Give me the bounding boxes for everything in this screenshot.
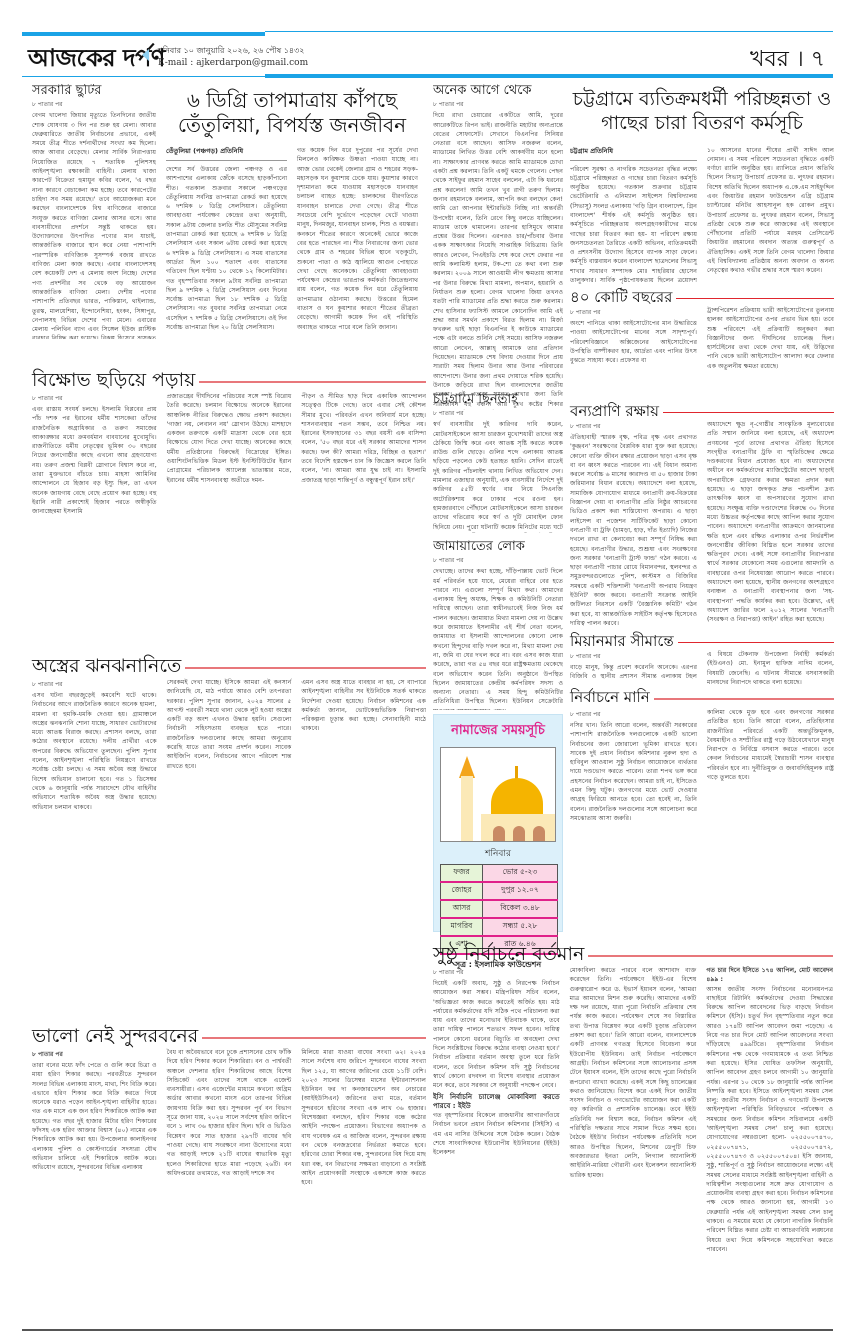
article-body-col2: মোকাবিলা করতে পারবে বলে আশাবাদ ব্যক্ত কর…: [570, 966, 697, 1180]
article-kicker: চট্টগ্রামে ছিনতাই: [433, 393, 563, 407]
article-body-col3: এমন এসব অস্ত্র যাতে ব্যবহার না হয়, সে ব…: [301, 678, 426, 734]
continued-ref: ৮ পাতার পর: [433, 408, 563, 419]
article-onek-age: অনেক আগে থেকে ৮ পাতার পর দিয়ে রাখা চেয়…: [433, 84, 563, 410]
prayer-name: ফজর: [441, 865, 483, 883]
article-astrer: ৮ পাতার পর এসব ঘটনা বছরজুড়েই কমবেশি ঘটে…: [32, 678, 426, 1010]
prayer-time: বিকেল ৩.৪৮: [482, 900, 557, 918]
heading-rule: [654, 698, 834, 700]
article-kicker: জামায়াতের লোক: [433, 540, 563, 554]
article-body: দিয়ে রাখা চেয়ারের একটিতে আমি, দূরের আর…: [433, 111, 563, 410]
minaret-top-icon: [459, 756, 475, 778]
article-kicker: সরকারি ছুটির: [32, 84, 156, 98]
article-kicker: অনেক আগে থেকে: [433, 84, 563, 98]
email-address: E-mail : ajkerdarpon@gmail.com: [158, 58, 308, 68]
article-nirbachone-mani: ৮ পাতার পর নসির খান। তিনি আরো বলেন, অন্ত…: [570, 708, 834, 934]
continued-ref: ৮ পাতার পর: [570, 709, 697, 720]
header-rule-top-left: [22, 32, 265, 36]
article-body-col2: অধ্যাদেশে ক্ষুদ্র নৃ-গোষ্ঠীর সাংস্কৃতিক …: [707, 420, 834, 625]
continued-ref: ৮ পাতার পর: [32, 99, 156, 110]
prayer-name: জোহর: [441, 882, 483, 900]
article-body: দেখাচ্ছে। তাদের কথা হচ্ছে, দাঁড়িপাল্লায…: [433, 567, 563, 710]
continued-ref: ৮ পাতার পর: [433, 555, 563, 566]
article-body-col1b: গত বৃহস্পতিবার বিকেলে রাজধানীর আগারগাঁওয…: [433, 1111, 560, 1157]
mosque-dome-icon: [491, 778, 543, 818]
article-chattogram: চট্টগ্রামে ব্যতিক্রমধর্মী পরিচ্ছন্নতা ও …: [570, 84, 834, 284]
table-row: আসরবিকেল ৩.৪৮: [441, 900, 558, 918]
article-byline: চট্টগ্রাম প্রতিনিধি: [570, 146, 697, 161]
article-body-col2: এ বিষয়ে টেকনাফ উপজেলা নির্বাহী কর্মকর্ত…: [707, 650, 834, 684]
article-body: বেগম খালেদা জিয়ার মৃত্যুতে তিনদিনের জাত…: [32, 111, 156, 339]
article-body-col2: ট্রান্সপিরেশন প্রক্রিয়ায় ভারী আইসোটোপে…: [707, 306, 834, 371]
heading-rule: [202, 1037, 426, 1039]
heading-rule: [676, 298, 834, 299]
heading-rule: [199, 381, 426, 383]
prayer-times-box: নামাজের সময়সূচি শনিবার ফজরভোর ৫-২৩ জোহর…: [433, 714, 563, 932]
article-forty-koti: ৮ পাতার পর অংশে পানিতে থাকা আইসোটোপের মা…: [570, 306, 834, 396]
prayer-time: ভোর ৫-২৩: [482, 865, 557, 883]
article-chhintai: চট্টগ্রামে ছিনতাই ৮ পাতার পর স্বর্ণ ব্যব…: [433, 393, 563, 533]
continued-ref: ৮ পাতার পর: [433, 99, 563, 110]
article-body: স্বর্ণ ব্যবসায়ীর দুই কারিগর দাবি করেন, …: [433, 420, 563, 533]
table-row: ফজরভোর ৫-২৩: [441, 865, 558, 883]
article-body-col2: সেরকমই দেখা যাচ্ছে। ইসিকে আমরা এই কনসার্…: [167, 678, 292, 771]
continued-ref: ৮ পাতার পর: [570, 307, 697, 318]
header-rule-bottom-right: [265, 74, 833, 78]
article-bikkhov: ৮ পাতার পর এবং রাস্তায় সংঘর্ষ চলছে। ইসল…: [32, 392, 426, 652]
article-body-col3: পীড়ন ও সীমিত ছাড় দিয়ে একাধিক আন্দোলন …: [301, 392, 426, 485]
article-headline: ৬ ডিগ্রি তাপমাত্রায় কাঁপছে তেঁতুলিয়া, …: [166, 84, 418, 146]
article-body-col2: গত কয়েক দিন ধরে দুপুরের পর সূর্যের দেখা…: [297, 146, 418, 332]
header-rule-top-right: [265, 31, 833, 32]
prayer-time: দুপুর ১২.০৭: [482, 882, 557, 900]
article-body-col2: কালিমা থেকে মুক্ত হবে এবং জনগণের সরকার প…: [707, 708, 834, 782]
mosque-illustration: [440, 747, 556, 842]
mosque-arch-icon: [493, 826, 505, 842]
page-bottom-rule: [22, 1329, 833, 1331]
article-body-col1: নসির খান। তিনি আরো বলেন, অন্তর্বর্তী সরক…: [570, 721, 697, 823]
continued-ref: ৮ পাতার পর: [32, 679, 157, 690]
article-tetulia: ৬ ডিগ্রি তাপমাত্রায় কাঁপছে তেঁতুলিয়া, …: [166, 84, 418, 339]
article-body-col3: আসন্ন জাতীয় সংসদ নির্বাচনের মনোনয়নপত্র…: [706, 985, 833, 1255]
article-body-col1: পরিবেশ সুরক্ষা ও নাগরিক সচেতনতা বৃদ্ধির …: [570, 165, 697, 285]
mosque-arch-icon: [513, 826, 525, 842]
masthead-arrow-icon: [142, 49, 149, 61]
header-rule-bottom-left: [22, 76, 265, 77]
article-headline: চট্টগ্রামে ব্যতিক্রমধর্মী পরিচ্ছন্নতা ও …: [570, 84, 834, 146]
dateline: শনিবার ১০ জানুয়ারি ২০২৬, ২৬ পৌষ ১৪৩২: [158, 45, 305, 58]
article-sushtho: ৮ পাতার পর দিয়েই একটি অবাধ, সুষ্ঠু ও নি…: [433, 966, 833, 1324]
article-bonnoprani: ৮ পাতার পর ঐতিহ্যবাহী স্মারক বৃক্ষ, পবিত…: [570, 420, 834, 665]
article-body-col1: এবং রাস্তায় সংঘর্ষ চলছে। ইসলামি বিপ্লবে…: [32, 405, 157, 517]
continued-ref: ৮ পাতার পর: [32, 393, 157, 404]
heading-rule: [678, 642, 834, 643]
heading-rule: [663, 412, 834, 413]
mosque-arch-icon: [533, 826, 545, 842]
article-subhead: ইসি নির্বাচনি চ্যালেঞ্জ মোকাবিলা করতে পা…: [433, 1093, 560, 1112]
table-row: মাগরিবসন্ধ্যা ৫.২৮: [441, 918, 558, 936]
article-body-col1: দেশের সর্ব উত্তরের জেলা পঞ্চগড় ও এর আশপ…: [166, 165, 287, 332]
article-body-col3: মিলিয়ে মারা যাওয়া বাঘের সংখ্যা ৬২। ২০২…: [301, 1048, 426, 1187]
article-body-col1: বাড়ে মানুষ, কিন্তু প্রবেশ করেননি অনেকে।…: [570, 663, 697, 684]
continued-ref: ৮ পাতার পর: [433, 967, 560, 978]
article-body-col1: তারা বনের মধ্যে ফাঁদ পেতে ও গুলি করে চিত…: [32, 1061, 157, 1173]
article-body-col1: ঐতিহ্যবাহী স্মারক বৃক্ষ, পবিত্র বৃক্ষ এব…: [570, 433, 697, 628]
heading-rule: [185, 667, 426, 669]
article-byline: তেঁতুলিয়া (পঞ্চগড়) প্রতিনিধি: [166, 146, 287, 161]
prayer-time: সন্ধ্যা ৫.২৮: [482, 918, 557, 936]
article-jamayat: জামায়াতের লোক ৮ পাতার পর দেখাচ্ছে। তাদে…: [433, 540, 563, 710]
article-body-col1: এসব ঘটনা বছরজুড়েই কমবেশি ঘটে থাকে। নির্…: [32, 691, 157, 812]
article-body-col2: প্রজাতন্ত্রের দীর্ঘদিনের পরিচয়ের সঙ্গে …: [167, 392, 292, 485]
heading-rule: [588, 955, 833, 957]
article-myanmar: ৮ পাতার পর বাড়ে মানুষ, কিন্তু প্রবেশ কর…: [570, 650, 834, 684]
prayer-day: শনিবার: [434, 846, 562, 861]
prayer-name: আসর: [441, 900, 483, 918]
minaret-icon: [461, 776, 473, 842]
continued-ref: ৮ পাতার পর: [32, 1049, 157, 1060]
table-row: জোহরদুপুর ১২.০৭: [441, 882, 558, 900]
continued-ref: ৮ পাতার পর: [570, 421, 697, 432]
article-body-col1: অংশে পানিতে থাকা আইসোটোপের মান উদ্ধারিত্…: [570, 319, 697, 365]
article-body-col2: বৈধ বা অবৈধভাবে বনে ঢুকে প্রশাসনের চোখ ফ…: [167, 1048, 292, 1178]
prayer-name: মাগরিব: [441, 918, 483, 936]
article-body-col1: দিয়েই একটি অবাধ, সুষ্ঠু ও নিরপেক্ষ নির্…: [433, 979, 560, 1091]
article-sorkari-chutir: সরকারি ছুটির ৮ পাতার পর বেগম খালেদা জিয়…: [32, 84, 156, 339]
prayer-times-title: নামাজের সময়সূচি: [434, 721, 562, 742]
continued-ref: ৮ পাতার পর: [570, 651, 697, 662]
article-body-col2: ১০ আসনের ধানের শীষের প্রার্থী সাঈদ আল নো…: [707, 146, 834, 276]
article-col3-lead: গত চার দিনে ইসিতে ১৭৪ আপিল, মোট আবেদন ৪৯…: [706, 966, 833, 985]
article-sundarban: ৮ পাতার পর তারা বনের মধ্যে ফাঁদ পেতে ও গ…: [32, 1048, 426, 1324]
